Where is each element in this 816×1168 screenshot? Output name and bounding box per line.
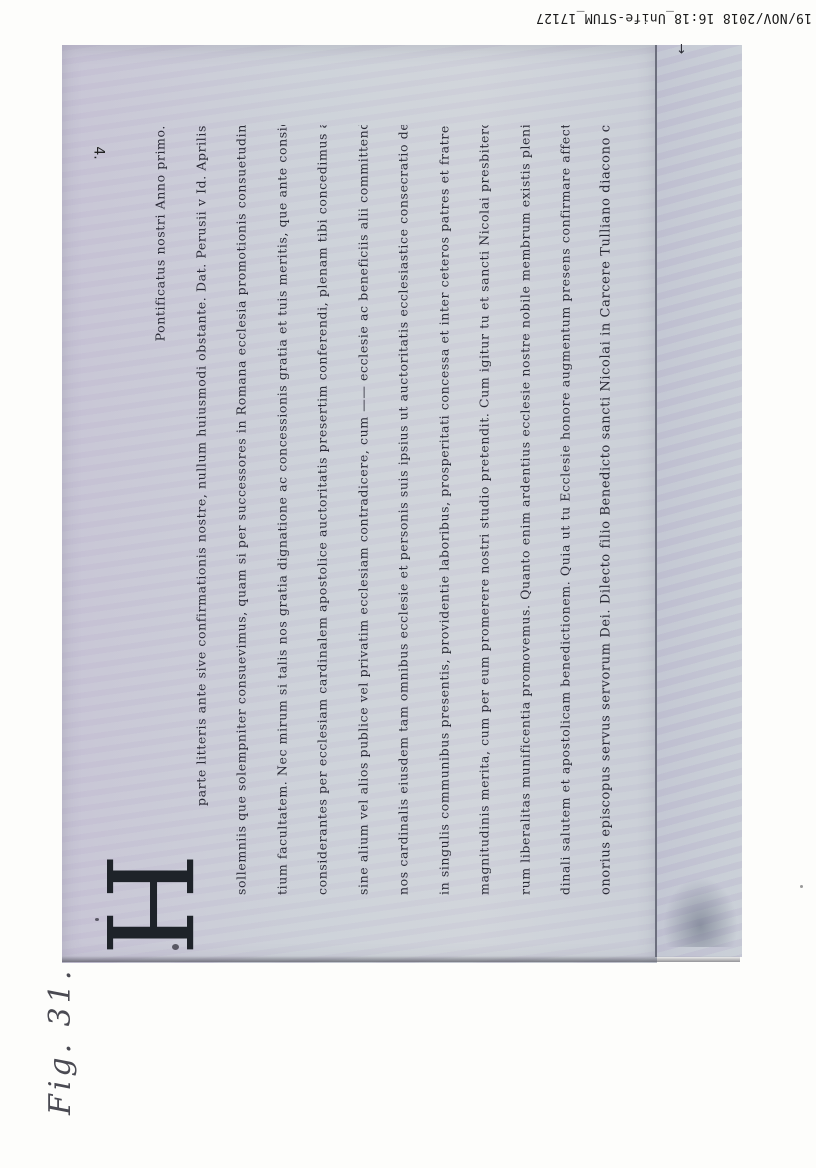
- manuscript-line: magnitudinis merita, cum per eum promere…: [465, 125, 506, 895]
- manuscript-line: nos cardinalis eiusdem tam omnibus eccle…: [384, 125, 425, 895]
- manuscript-lines: onorius episcopus servus servorum Dei. D…: [141, 125, 627, 895]
- manuscript-line: in singulis communibus presentis, provid…: [425, 125, 466, 895]
- manuscript-rotated-frame: onorius episcopus servus servorum Dei. D…: [62, 45, 657, 963]
- decorated-initial: H: [87, 853, 207, 943]
- manuscript-line: tium facultatem. Nec mirum si talis nos …: [263, 125, 304, 895]
- figure-label: Fig. 31.: [43, 1005, 83, 1115]
- stain-mark: [663, 877, 738, 947]
- manuscript-line: sine alium vel alios publice vel privati…: [344, 125, 385, 895]
- manuscript-line: sollemniis que solempniter consuevimus, …: [222, 125, 263, 895]
- manuscript-text-block: onorius episcopus servus servorum Dei. D…: [62, 45, 657, 963]
- manuscript-line: dinali salutem et apostolicam benedictio…: [546, 125, 587, 895]
- manuscript-line: considerantes per ecclesiam cardinalem a…: [303, 125, 344, 895]
- manuscript-line: onorius episcopus servus servorum Dei. D…: [587, 125, 628, 895]
- folded-margin-strip: [655, 45, 742, 957]
- manuscript-line: rum liberalitas munificentia promovemus.…: [506, 125, 547, 895]
- ink-spot: [172, 944, 179, 950]
- margin-mark: ↑: [676, 40, 687, 55]
- ink-spot: [95, 918, 99, 921]
- manuscript-line: parte litteris ante sive confirmationis …: [182, 125, 223, 895]
- scan-artifact: [800, 885, 803, 888]
- fax-transmission-header: 19/NOV/2018 16:18_Unife-STUM_17127: [462, 6, 812, 28]
- manuscript-line: Pontificatus nostri Anno primo.: [141, 125, 182, 895]
